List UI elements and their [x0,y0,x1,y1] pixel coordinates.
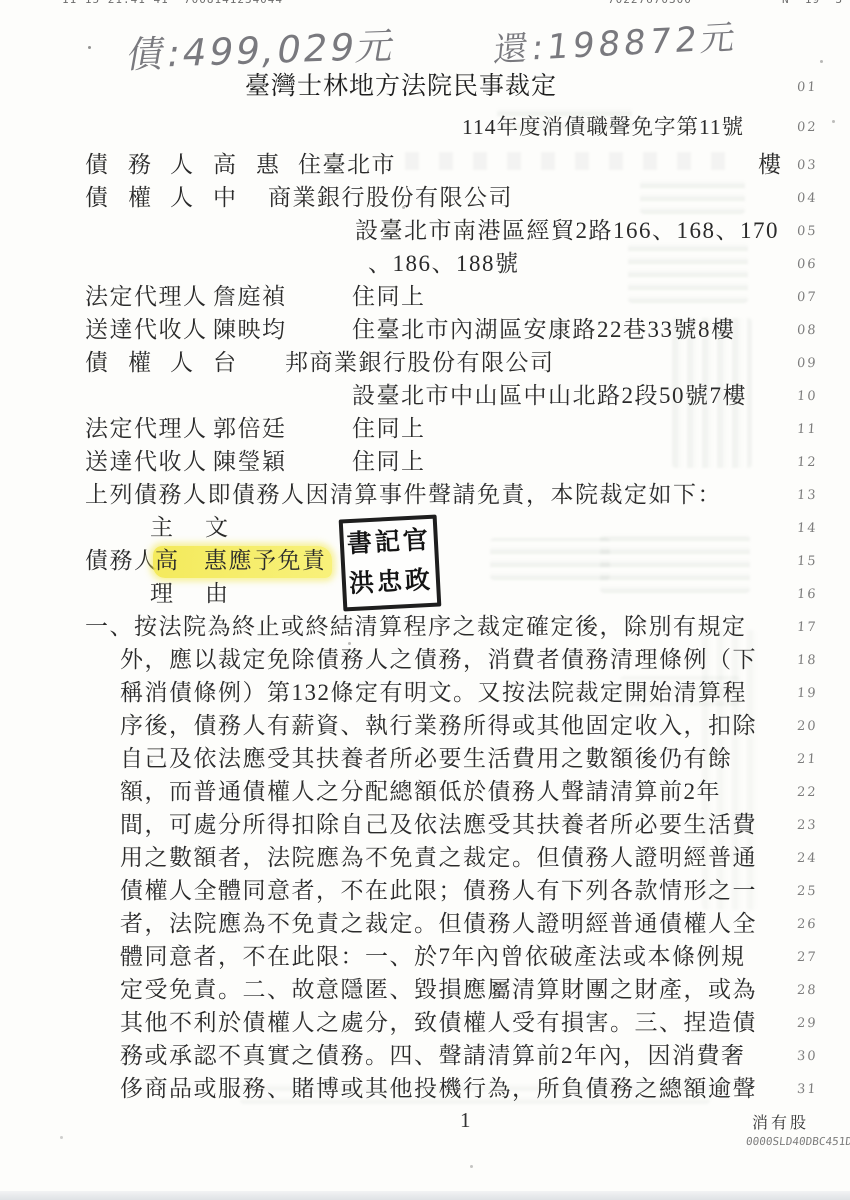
line-text: 侈商品或服務、賭博或其他投機行為，所負債務之總額逾聲 [120,1074,757,1104]
line-text: 債 [85,150,110,180]
line-text: 人 [170,348,195,378]
line-text: 惠 [256,150,281,180]
line-text: 台 [213,348,238,378]
line-text: 序後，債務人有薪資、執行業務所得或其他固定收入，扣除 [120,711,757,741]
line-text: 用之數額者，法院應為不免責之裁定。但債務人證明經普通 [120,843,757,873]
document-line-10: 設臺北市中山區中山北路2段50號7樓10 [0,381,850,414]
document-line-03: 債務人高惠住臺北市樓03 [0,150,850,183]
page-number: 1 [460,1108,471,1133]
line-number: 07 [796,290,818,305]
line-text: 中 [213,183,238,213]
document-line-17: 一、按法院為終止或終結清算程序之裁定確定後，除別有規定17 [0,612,850,645]
line-text: 詹庭禎 [213,282,287,312]
document-line-08: 送達代收人陳映均住臺北市內湖區安康路22巷33號8樓08 [0,315,850,348]
line-text: 外，應以裁定免除債務人之債務，消費者債務清理條例（下 [120,645,757,675]
fax-header-left: 11 15 21:41 41 7008141234044 [62,0,283,6]
line-text: 自己及依法應受其扶養者所必要生活費用之數額後仍有餘 [120,744,733,774]
line-text: 人 [170,183,195,213]
clerk-stamp: 書記官 洪忠政 [339,514,442,611]
line-number: 02 [796,120,818,135]
line-text: 陳瑩穎 [213,447,287,477]
document-line-06: 、186、188號06 [0,249,850,282]
line-number: 15 [796,554,818,569]
document-line-19: 稱消債條例）第132條定有明文。又按法院裁定開始清算程19 [0,678,850,711]
line-number: 12 [796,455,818,470]
line-number: 09 [796,356,818,371]
line-text: 債務人 [85,546,159,576]
line-number: 21 [796,752,818,767]
line-text: 一、按法院為終止或終結清算程序之裁定確定後，除別有規定 [85,612,747,642]
line-number: 31 [796,1082,818,1097]
document-line-29: 其他不利於債權人之處分，致債權人受有損害。三、捏造債29 [0,1008,850,1041]
line-number: 23 [796,818,818,833]
line-number: 20 [796,719,818,734]
line-text: 住同上 [352,414,426,444]
document-line-02: 114年度消債職聲免字第11號02 [0,112,850,145]
scan-specks [88,46,91,49]
document-line-01: 臺灣士林地方法院民事裁定01 [0,72,850,105]
line-number: 13 [796,488,818,503]
line-number: 24 [796,851,818,866]
line-number: 08 [796,323,818,338]
line-text: 債 [85,348,110,378]
line-text: 者，法院應為不免責之裁定。但債務人證明經普通債權人全 [120,909,757,939]
line-text: 稱消債條例）第132條定有明文。又按法院裁定開始清算程 [120,678,747,708]
handwritten-annotation-repaid: 還:198872元 [492,9,742,71]
document-line-26: 者，法院應為不免責之裁定。但債務人證明經普通債權人全26 [0,909,850,942]
line-text: 送達代收人 [85,447,208,477]
line-text: 額，而普通債權人之分配總額低於債務人聲請清算前2年 [120,777,721,807]
line-number: 03 [796,158,818,173]
document-line-20: 序後，債務人有薪資、執行業務所得或其他固定收入，扣除20 [0,711,850,744]
line-text: 設臺北市中山區中山北路2段50號7樓 [352,381,747,411]
line-text: 權 [128,183,153,213]
division-label: 消有股 [752,1110,809,1133]
line-number: 16 [796,587,818,602]
document-line-24: 用之數額者，法院應為不免責之裁定。但債務人證明經普通24 [0,843,850,876]
stamp-title-text: 書記官 [343,523,435,564]
line-number: 19 [796,686,818,701]
document-line-11: 法定代理人郭倍廷住同上11 [0,414,850,447]
line-text: 商業銀行股份有限公司 [268,183,513,213]
line-number: 27 [796,950,818,965]
document-line-30: 務或承認不真實之債務。四、聲請清算前2年內，因消費奢30 [0,1041,850,1074]
document-line-13: 上列債務人即債務人因清算事件聲請免責，本院裁定如下：13 [0,480,850,513]
line-text: 人 [170,150,195,180]
line-text: 由 [205,579,230,609]
line-number: 11 [796,422,818,437]
line-text: 理 [150,579,175,609]
document-barcode: 0000SLD40DBC451DB508 [745,1135,850,1148]
line-number: 14 [796,521,818,536]
line-text: 法定代理人 [85,414,208,444]
line-number: 10 [796,389,818,404]
line-text: 權 [128,348,153,378]
line-text: 高 [213,150,238,180]
line-text: 住臺北市內湖區安康路22巷33號8樓 [352,315,736,345]
line-text: 上列債務人即債務人因清算事件聲請免責，本院裁定如下： [85,480,722,510]
line-text: 臺灣士林地方法院民事裁定 [245,72,557,102]
line-text: 債權人全體同意者，不在此限；債務人有下列各款情形之一 [120,876,757,906]
line-number: 06 [796,257,818,272]
line-text: 務 [128,150,153,180]
line-number: 26 [796,917,818,932]
document-line-22: 額，而普通債權人之分配總額低於債務人聲請清算前2年22 [0,777,850,810]
line-text: 主 [150,513,175,543]
line-number: 18 [796,653,818,668]
document-line-23: 間，可處分所得扣除自己及依法應受其扶養者所必要生活費23 [0,810,850,843]
document-line-05: 設臺北市南港區經貿2路166、168、17005 [0,216,850,249]
document-line-18: 外，應以裁定免除債務人之債務，消費者債務清理條例（下18 [0,645,850,678]
line-number: 25 [796,884,818,899]
document-line-31: 侈商品或服務、賭博或其他投機行為，所負債務之總額逾聲31 [0,1074,850,1107]
document-line-09: 債權人台邦商業銀行股份有限公司09 [0,348,850,381]
line-text: 法定代理人 [85,282,208,312]
line-number: 22 [796,785,818,800]
line-text: 住臺北市 [298,150,396,180]
document-line-25: 債權人全體同意者，不在此限；債務人有下列各款情形之一25 [0,876,850,909]
line-text: 定受免責。二、故意隱匿、毀損應屬清算財團之財產，或為 [120,975,757,1005]
document-line-12: 送達代收人陳瑩穎住同上12 [0,447,850,480]
line-text: 郭倍廷 [213,414,287,444]
line-number: 28 [796,983,818,998]
document-line-04: 債權人中商業銀行股份有限公司04 [0,183,850,216]
document-line-21: 自己及依法應受其扶養者所必要生活費用之數額後仍有餘21 [0,744,850,777]
highlighted-ruling-text: 高 惠應予免責 [153,546,332,578]
fax-header-page: N 19 3 [782,0,843,6]
handwritten-annotation-debt: 債:499,029元 [123,15,402,79]
line-text: 住同上 [352,282,426,312]
line-number: 29 [796,1016,818,1031]
line-text: 114年度消債職聲免字第11號 [462,112,744,142]
line-number: 17 [796,620,818,635]
line-text: 體同意者，不在此限：一、於7年內曾依破產法或本條例規 [120,942,746,972]
line-text: 設臺北市南港區經貿2路166、168、170 [355,216,779,246]
fax-header-number: 70227670300 [608,0,692,6]
document-line-07: 法定代理人詹庭禎住同上07 [0,282,850,315]
scanned-court-document-page: 11 15 21:41 41 7008141234044 70227670300… [0,0,850,1200]
stamp-name-text: 洪忠政 [345,563,437,604]
document-line-27: 體同意者，不在此限：一、於7年內曾依破產法或本條例規27 [0,942,850,975]
document-line-28: 定受免責。二、故意隱匿、毀損應屬清算財團之財產，或為28 [0,975,850,1008]
line-number: 05 [796,224,818,239]
scan-edge [0,1191,850,1200]
line-text: 文 [205,513,230,543]
line-text: 送達代收人 [85,315,208,345]
line-number: 04 [796,191,818,206]
line-number: 01 [796,80,818,95]
line-number: 30 [796,1049,818,1064]
line-text: 其他不利於債權人之處分，致債權人受有損害。三、捏造債 [120,1008,757,1038]
line-text: 間，可處分所得扣除自己及依法應受其扶養者所必要生活費 [120,810,757,840]
line-text: 務或承認不真實之債務。四、聲請清算前2年內，因消費奢 [120,1041,746,1071]
line-text: 、186、188號 [368,249,520,279]
line-text: 邦商業銀行股份有限公司 [285,348,555,378]
line-text: 樓 [758,150,783,180]
line-text: 住同上 [352,447,426,477]
line-text: 債 [85,183,110,213]
line-text: 陳映均 [213,315,287,345]
